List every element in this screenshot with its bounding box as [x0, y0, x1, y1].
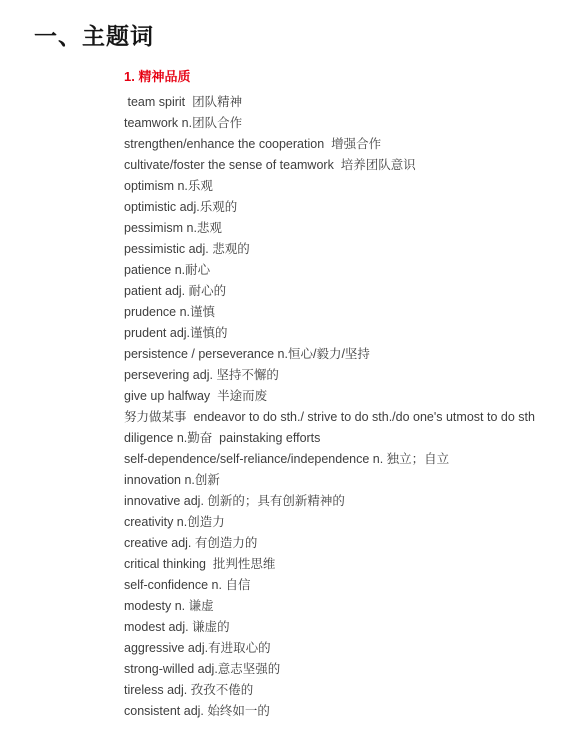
vocab-entry: self-confidence n. 自信 [124, 575, 554, 596]
vocab-entry: pessimistic adj. 悲观的 [124, 239, 554, 260]
vocab-entry: aggressive adj.有进取心的 [124, 638, 554, 659]
vocab-entry: pessimism n.悲观 [124, 218, 554, 239]
vocab-entry: critical thinking 批判性思维 [124, 554, 554, 575]
vocab-entry: modesty n. 谦虚 [124, 596, 554, 617]
vocab-entry: optimism n.乐观 [124, 176, 554, 197]
vocab-entry: self-dependence/self-reliance/independen… [124, 449, 554, 470]
vocab-entry: innovative adj. 创新的；具有创新精神的 [124, 491, 554, 512]
vocab-list: team spirit 团队精神teamwork n.团队合作strengthe… [124, 92, 554, 722]
vocab-entry: strong-willed adj.意志坚强的 [124, 659, 554, 680]
vocab-entry: consistent adj. 始终如一的 [124, 701, 554, 722]
vocab-entry: 努力做某事 endeavor to do sth./ strive to do … [124, 407, 554, 428]
vocab-entry: persevering adj. 坚持不懈的 [124, 365, 554, 386]
vocab-entry: cultivate/foster the sense of teamwork 培… [124, 155, 554, 176]
vocab-entry: creative adj. 有创造力的 [124, 533, 554, 554]
vocab-entry: strengthen/enhance the cooperation 增强合作 [124, 134, 554, 155]
vocab-entry: prudence n.谨慎 [124, 302, 554, 323]
vocab-entry: persistence / perseverance n.恒心/毅力/坚持 [124, 344, 554, 365]
vocab-entry: patience n.耐心 [124, 260, 554, 281]
vocab-entry: innovation n.创新 [124, 470, 554, 491]
document-title: 一、主题词 [34, 21, 154, 51]
vocab-entry: prudent adj.谨慎的 [124, 323, 554, 344]
topic-words-section: 1. 精神品质 team spirit 团队精神teamwork n.团队合作s… [124, 66, 554, 722]
vocab-entry: diligence n.勤奋 painstaking efforts [124, 428, 554, 449]
vocab-entry: teamwork n.团队合作 [124, 113, 554, 134]
vocab-entry: optimistic adj.乐观的 [124, 197, 554, 218]
vocab-entry: creativity n.创造力 [124, 512, 554, 533]
vocab-entry: give up halfway 半途而废 [124, 386, 554, 407]
section-heading: 1. 精神品质 [124, 66, 554, 87]
vocab-entry: tireless adj. 孜孜不倦的 [124, 680, 554, 701]
vocab-entry: patient adj. 耐心的 [124, 281, 554, 302]
vocab-entry: team spirit 团队精神 [124, 92, 554, 113]
vocab-entry: modest adj. 谦虚的 [124, 617, 554, 638]
document-page: 一、主题词 1. 精神品质 team spirit 团队精神teamwork n… [0, 0, 562, 749]
